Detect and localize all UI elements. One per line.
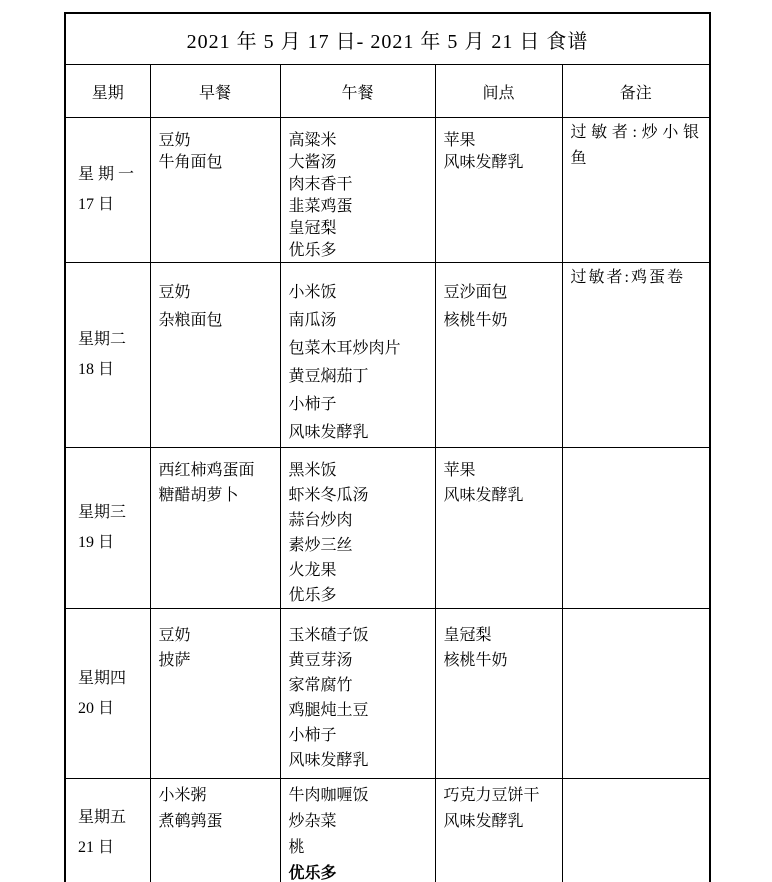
menu-table: 2021 年 5 月 17 日- 2021 年 5 月 21 日 食谱 星期 早… bbox=[64, 12, 711, 882]
menu-item: 家常腐竹 bbox=[289, 673, 427, 698]
table-row: 星期二 18 日 豆奶 杂粮面包 小米饭 南瓜汤 包菜木耳炒肉片 黄豆焖茄丁 小… bbox=[65, 263, 710, 448]
menu-item: 风味发酵乳 bbox=[444, 809, 554, 835]
menu-item: 炒杂菜 bbox=[289, 809, 427, 835]
menu-item: 核桃牛奶 bbox=[444, 307, 554, 335]
menu-item: 豆奶 bbox=[159, 279, 272, 307]
menu-item: 杂粮面包 bbox=[159, 307, 272, 335]
column-header-snack: 间点 bbox=[435, 65, 562, 118]
menu-item: 风味发酵乳 bbox=[289, 748, 427, 773]
note-cell: 过敏者:鸡蛋卷 bbox=[562, 263, 710, 448]
menu-item: 黄豆芽汤 bbox=[289, 648, 427, 673]
menu-item: 素炒三丝 bbox=[289, 533, 427, 558]
column-header-breakfast: 早餐 bbox=[150, 65, 280, 118]
column-header-lunch: 午餐 bbox=[280, 65, 435, 118]
menu-item: 虾米冬瓜汤 bbox=[289, 483, 427, 508]
menu-item: 豆奶 bbox=[159, 623, 272, 648]
menu-item: 小柿子 bbox=[289, 391, 427, 419]
menu-item: 蒜台炒肉 bbox=[289, 508, 427, 533]
snack-cell: 皇冠梨 核桃牛奶 bbox=[435, 609, 562, 779]
day-date: 21 日 bbox=[78, 833, 142, 863]
menu-item: 皇冠梨 bbox=[289, 218, 427, 240]
table-row: 星期五 21 日 小米粥 煮鹌鹑蛋 牛肉咖喱饭 炒杂菜 桃 优乐多 巧克力豆饼干… bbox=[65, 779, 710, 882]
menu-item: 牛肉咖喱饭 bbox=[289, 783, 427, 809]
snack-cell: 苹果 风味发酵乳 bbox=[435, 118, 562, 263]
day-cell: 星期四 20 日 bbox=[65, 609, 150, 779]
menu-item: 包菜木耳炒肉片 bbox=[289, 335, 427, 363]
menu-item: 风味发酵乳 bbox=[289, 419, 427, 447]
menu-item: 韭菜鸡蛋 bbox=[289, 196, 427, 218]
note-cell bbox=[562, 448, 710, 609]
day-cell: 星期二 18 日 bbox=[65, 263, 150, 448]
menu-item: 苹果 bbox=[444, 458, 554, 483]
table-row: 星期四 20 日 豆奶 披萨 玉米碴子饭 黄豆芽汤 家常腐竹 鸡腿炖土豆 小柿子… bbox=[65, 609, 710, 779]
lunch-cell: 高粱米 大酱汤 肉末香干 韭菜鸡蛋 皇冠梨 优乐多 bbox=[280, 118, 435, 263]
menu-item: 玉米碴子饭 bbox=[289, 623, 427, 648]
menu-item: 小米饭 bbox=[289, 279, 427, 307]
day-date: 20 日 bbox=[78, 694, 142, 724]
snack-cell: 巧克力豆饼干 风味发酵乳 bbox=[435, 779, 562, 882]
note-cell bbox=[562, 609, 710, 779]
breakfast-cell: 小米粥 煮鹌鹑蛋 bbox=[150, 779, 280, 882]
menu-item: 牛角面包 bbox=[159, 152, 272, 174]
menu-item: 火龙果 bbox=[289, 558, 427, 583]
menu-item: 高粱米 bbox=[289, 130, 427, 152]
menu-item: 小柿子 bbox=[289, 723, 427, 748]
menu-item: 西红柿鸡蛋面 bbox=[159, 458, 272, 483]
note-cell: 过敏者:炒小银鱼 bbox=[562, 118, 710, 263]
day-date: 17 日 bbox=[78, 190, 142, 220]
day-name: 星 期 一 bbox=[78, 160, 142, 190]
menu-item: 豆奶 bbox=[159, 130, 272, 152]
menu-item: 苹果 bbox=[444, 130, 554, 152]
menu-item: 皇冠梨 bbox=[444, 623, 554, 648]
day-name: 星期四 bbox=[78, 664, 142, 694]
menu-item: 煮鹌鹑蛋 bbox=[159, 809, 272, 835]
menu-item: 黄豆焖茄丁 bbox=[289, 363, 427, 391]
menu-item: 风味发酵乳 bbox=[444, 483, 554, 508]
menu-item: 豆沙面包 bbox=[444, 279, 554, 307]
menu-item: 巧克力豆饼干 bbox=[444, 783, 554, 809]
lunch-cell: 玉米碴子饭 黄豆芽汤 家常腐竹 鸡腿炖土豆 小柿子 风味发酵乳 bbox=[280, 609, 435, 779]
day-name: 星期五 bbox=[78, 803, 142, 833]
menu-item: 肉末香干 bbox=[289, 174, 427, 196]
day-date: 19 日 bbox=[78, 528, 142, 558]
lunch-cell: 牛肉咖喱饭 炒杂菜 桃 优乐多 bbox=[280, 779, 435, 882]
page-title: 2021 年 5 月 17 日- 2021 年 5 月 21 日 食谱 bbox=[65, 13, 710, 65]
menu-item: 核桃牛奶 bbox=[444, 648, 554, 673]
menu-item: 南瓜汤 bbox=[289, 307, 427, 335]
menu-item: 小米粥 bbox=[159, 783, 272, 809]
note-cell bbox=[562, 779, 710, 882]
column-header-day: 星期 bbox=[65, 65, 150, 118]
day-cell: 星期三 19 日 bbox=[65, 448, 150, 609]
day-date: 18 日 bbox=[78, 355, 142, 385]
breakfast-cell: 西红柿鸡蛋面 糖醋胡萝卜 bbox=[150, 448, 280, 609]
breakfast-cell: 豆奶 杂粮面包 bbox=[150, 263, 280, 448]
column-header-note: 备注 bbox=[562, 65, 710, 118]
menu-item: 黑米饭 bbox=[289, 458, 427, 483]
document-page: 2021 年 5 月 17 日- 2021 年 5 月 21 日 食谱 星期 早… bbox=[0, 0, 772, 882]
snack-cell: 苹果 风味发酵乳 bbox=[435, 448, 562, 609]
menu-item: 鸡腿炖土豆 bbox=[289, 698, 427, 723]
menu-item: 桃 bbox=[289, 835, 427, 861]
breakfast-cell: 豆奶 牛角面包 bbox=[150, 118, 280, 263]
lunch-cell: 黑米饭 虾米冬瓜汤 蒜台炒肉 素炒三丝 火龙果 优乐多 bbox=[280, 448, 435, 609]
snack-cell: 豆沙面包 核桃牛奶 bbox=[435, 263, 562, 448]
menu-item: 优乐多 bbox=[289, 583, 427, 608]
menu-item: 披萨 bbox=[159, 648, 272, 673]
lunch-cell: 小米饭 南瓜汤 包菜木耳炒肉片 黄豆焖茄丁 小柿子 风味发酵乳 bbox=[280, 263, 435, 448]
day-name: 星期三 bbox=[78, 498, 142, 528]
breakfast-cell: 豆奶 披萨 bbox=[150, 609, 280, 779]
menu-item: 风味发酵乳 bbox=[444, 152, 554, 174]
menu-item: 糖醋胡萝卜 bbox=[159, 483, 272, 508]
day-name: 星期二 bbox=[78, 325, 142, 355]
table-row: 星 期 一 17 日 豆奶 牛角面包 高粱米 大酱汤 肉末香干 韭菜鸡蛋 皇冠梨… bbox=[65, 118, 710, 263]
table-row: 星期三 19 日 西红柿鸡蛋面 糖醋胡萝卜 黑米饭 虾米冬瓜汤 蒜台炒肉 素炒三… bbox=[65, 448, 710, 609]
day-cell: 星期五 21 日 bbox=[65, 779, 150, 882]
menu-item: 大酱汤 bbox=[289, 152, 427, 174]
menu-item: 优乐多 bbox=[289, 240, 427, 262]
day-cell: 星 期 一 17 日 bbox=[65, 118, 150, 263]
menu-item-bold: 优乐多 bbox=[289, 861, 427, 882]
